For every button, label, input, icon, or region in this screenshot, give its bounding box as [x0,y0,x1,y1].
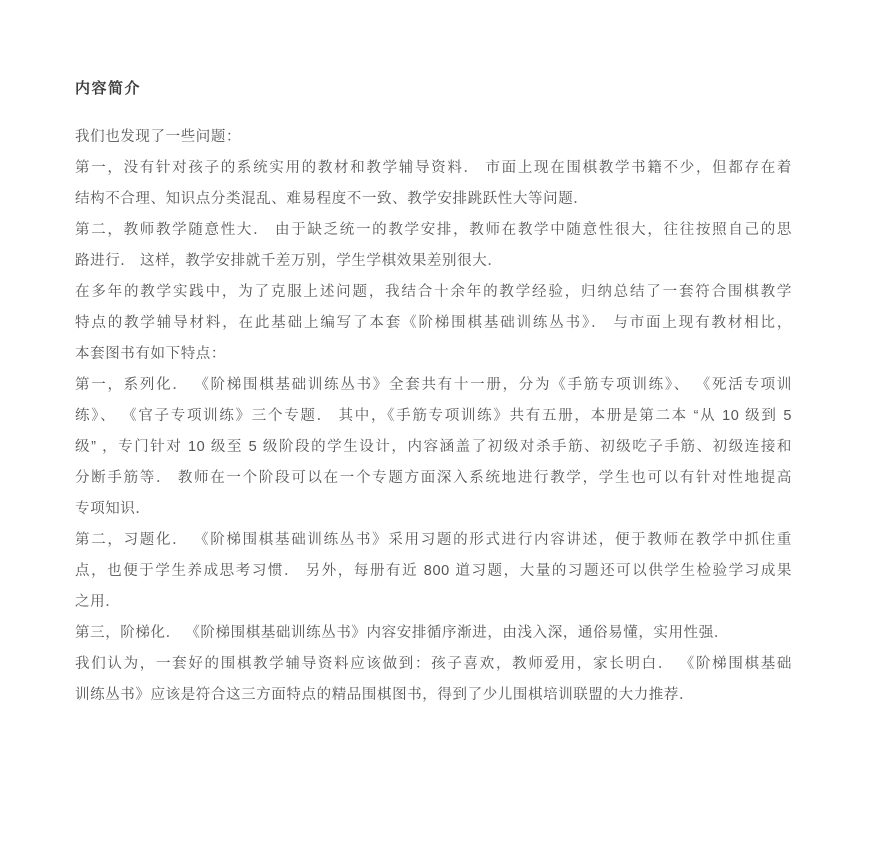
document-body: 我们也发现了一些问题：第一，没有针对孩子的系统实用的教材和教学辅导资料． 市面上… [75,122,792,711]
paragraph: 我们认为，一套好的围棋教学辅导资料应该做到：孩子喜欢，教师爱用，家长明白． 《阶… [75,649,792,711]
paragraph: 我们也发现了一些问题： [75,122,792,153]
text-line: 特点的教学辅导材料，在此基础上编写了本套《阶梯围棋基础训练丛书》． 与市面上现有… [75,308,792,339]
text-line: 第二，教师教学随意性大． 由于缺乏统一的教学安排，教师在教学中随意性很大，往往按… [75,215,792,246]
text-line: 第一，没有针对孩子的系统实用的教材和教学辅导资料． 市面上现在围棋教学书籍不少，… [75,153,792,184]
paragraph: 第一，没有针对孩子的系统实用的教材和教学辅导资料． 市面上现在围棋教学书籍不少，… [75,153,792,215]
text-line: 分断手筋等． 教师在一个阶段可以在一个专题方面深入系统地进行教学，学生也可以有针… [75,463,792,494]
paragraph: 第二，教师教学随意性大． 由于缺乏统一的教学安排，教师在教学中随意性很大，往往按… [75,215,792,277]
paragraph: 在多年的教学实践中，为了克服上述问题，我结合十余年的教学经验，归纳总结了一套符合… [75,277,792,370]
text-line: 第三，阶梯化． 《阶梯围棋基础训练丛书》内容安排循序渐进，由浅入深，通俗易懂，实… [75,618,792,649]
text-line: 练》、 《官子专项训练》三个专题． 其中，《手筋专项训练》共有五册，本册是第二本… [75,401,792,432]
text-line: 我们也发现了一些问题： [75,122,792,153]
paragraph: 第二，习题化． 《阶梯围棋基础训练丛书》采用习题的形式进行内容讲述，便于教师在教… [75,525,792,618]
text-line: 训练丛书》应该是符合这三方面特点的精品围棋图书，得到了少儿围棋培训联盟的大力推荐… [75,680,792,711]
text-line: 第一，系列化． 《阶梯围棋基础训练丛书》全套共有十一册，分为《手筋专项训练》、 … [75,370,792,401]
text-line: 之用． [75,587,792,618]
paragraph: 第三，阶梯化． 《阶梯围棋基础训练丛书》内容安排循序渐进，由浅入深，通俗易懂，实… [75,618,792,649]
text-line: 第二，习题化． 《阶梯围棋基础训练丛书》采用习题的形式进行内容讲述，便于教师在教… [75,525,792,556]
text-line: 级” ，专门针对 10 级至 5 级阶段的学生设计，内容涵盖了初级对杀手筋、初级… [75,432,792,463]
text-line: 在多年的教学实践中，为了克服上述问题，我结合十余年的教学经验，归纳总结了一套符合… [75,277,792,308]
document-page: 内容简介 我们也发现了一些问题：第一，没有针对孩子的系统实用的教材和教学辅导资料… [0,0,870,842]
text-line: 我们认为，一套好的围棋教学辅导资料应该做到：孩子喜欢，教师爱用，家长明白． 《阶… [75,649,792,680]
paragraph: 第一，系列化． 《阶梯围棋基础训练丛书》全套共有十一册，分为《手筋专项训练》、 … [75,370,792,525]
text-line: 本套图书有如下特点： [75,339,792,370]
page-title: 内容简介 [75,80,792,98]
text-line: 点，也便于学生养成思考习惯． 另外，每册有近 800 道习题，大量的习题还可以供… [75,556,792,587]
text-line: 路进行． 这样，教学安排就千差万别，学生学棋效果差别很大． [75,246,792,277]
text-line: 专项知识． [75,494,792,525]
text-line: 结构不合理、知识点分类混乱、难易程度不一致、教学安排跳跃性大等问题． [75,184,792,215]
